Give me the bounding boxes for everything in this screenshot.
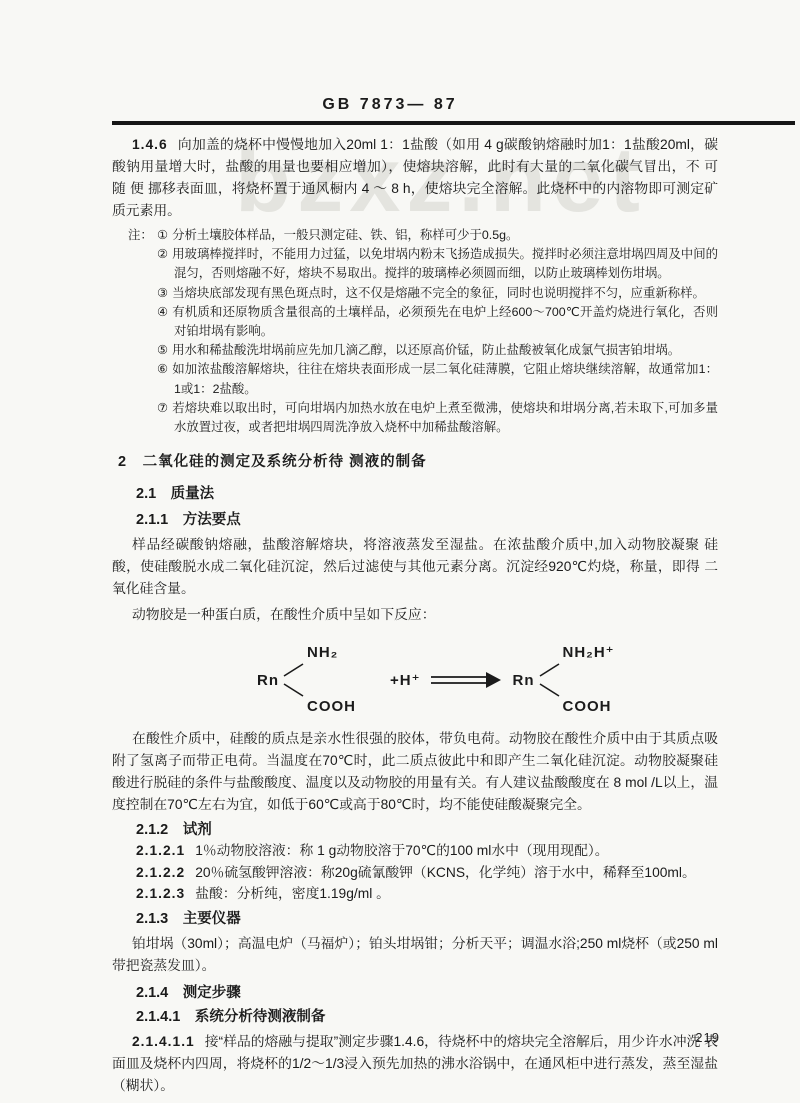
- note-item-5: ⑤用水和稀盐酸洗坩埚前应先加几滴乙醇，以还原高价锰，防止盐酸被氧化成氯气损害铂坩…: [157, 341, 718, 360]
- notes-label: 注：: [128, 226, 153, 245]
- note-number: ③: [157, 286, 168, 300]
- chemical-equation: Rn NH₂ COOH +H⁺ Rn: [255, 638, 718, 722]
- note-number: ②: [157, 247, 168, 261]
- notes-block: 注： ①分析土壤胶体样品，一般只测定硅、铁、铝，称样可少于0.5g。 ②用玻璃棒…: [112, 226, 718, 437]
- bond-lines-left-icon: [281, 656, 307, 704]
- page-number: 219: [695, 1030, 720, 1045]
- gelatin-intro-paragraph: 动物胶是一种蛋白质，在酸性介质中呈如下反应：: [112, 604, 718, 626]
- reagent-2: 2.1.2.220％硫氢酸钾溶液：称20g硫氰酸钾（KCNS，化学纯）溶于水中，…: [112, 862, 718, 884]
- clause-number: 2.1.4.1.1: [132, 1034, 195, 1049]
- note-item-7: ⑦若熔块难以取出时，可向坩埚内加热水放在电炉上煮至微沸，使熔块和坩埚分离,若未取…: [157, 399, 718, 437]
- section-2-1-4-1-heading: 2.1.4.1 系统分析待测液制备: [136, 1007, 718, 1027]
- reagent-text: 20％硫氢酸钾溶液：称20g硫氰酸钾（KCNS，化学纯）溶于水中，稀释至100m…: [195, 865, 696, 880]
- equation-cooh-right: COOH: [563, 699, 615, 715]
- section-2-1-1-heading: 2.1.1 方法要点: [136, 510, 718, 530]
- note-number: ⑦: [157, 401, 168, 415]
- equation-left-groups: NH₂ COOH: [307, 641, 356, 719]
- note-number: ⑤: [157, 343, 168, 357]
- note-item-6: ⑥如加浓盐酸溶解熔块，往往在熔块表面形成一层二氧化硅薄膜，它阻止熔块继续溶解，故…: [157, 360, 718, 398]
- mechanism-paragraph: 在酸性介质中，硅酸的质点是亲水性很强的胶体，带负电荷。动物胶在酸性介质中由于其质…: [112, 728, 718, 816]
- section-2-1-heading: 2.1 质量法: [136, 484, 718, 504]
- note-text: 若熔块难以取出时，可向坩埚内加热水放在电炉上煮至微沸，使熔块和坩埚分离,若未取下…: [172, 401, 718, 434]
- section-2-1-2-heading: 2.1.2 试剂: [136, 820, 718, 840]
- equation-right-groups: NH₂H⁺ COOH: [563, 641, 615, 719]
- equation-cooh-left: COOH: [307, 699, 356, 715]
- note-number: ①: [157, 228, 168, 242]
- note-text: 用玻璃棒搅拌时，不能用力过猛，以免坩埚内粉末飞扬造成损失。搅拌时必须注意坩埚四周…: [172, 247, 718, 280]
- equation-rn-right: Rn: [513, 672, 535, 689]
- reagent-text: 盐酸：分析纯，密度1.19g/ml 。: [195, 886, 390, 901]
- section-2-heading: 2 二氧化硅的测定及系统分析待 测液的制备: [118, 452, 718, 472]
- clause-text: 接“样品的熔融与提取”测定步骤1.4.6，待烧杯中的熔块完全溶解后，用少许水冲洗…: [112, 1034, 718, 1093]
- method-paragraph: 样品经碳酸钠熔融，盐酸溶解熔块，将溶液蒸发至湿盐。在浓盐酸介质中,加入动物胶凝聚…: [112, 534, 718, 600]
- instruments-paragraph: 铂坩埚（30ml）；高温电炉（马福炉）；铂头坩埚钳；分析天平；调温水浴;250 …: [112, 933, 718, 977]
- header-rule: [112, 121, 795, 125]
- reagent-text: 1％动物胶溶液：称 1 g动物胶溶于70℃的100 ml水中（现用现配）。: [195, 843, 608, 858]
- section-2-1-3-heading: 2.1.3 主要仪器: [136, 909, 718, 929]
- note-text: 用水和稀盐酸洗坩埚前应先加几滴乙醇，以还原高价锰，防止盐酸被氧化成氯气损害铂坩埚…: [172, 343, 680, 357]
- document-page: bzxz.net GB 7873— 87 1.4.6向加盖的烧杯中慢慢地加入20…: [0, 0, 800, 1103]
- reagent-number: 2.1.2.2: [136, 865, 185, 880]
- equilibrium-arrow-icon: [429, 671, 503, 689]
- reagent-number: 2.1.2.1: [136, 843, 185, 858]
- clause-2-1-4-1-1: 2.1.4.1.1接“样品的熔融与提取”测定步骤1.4.6，待烧杯中的熔块完全溶…: [112, 1031, 718, 1097]
- note-item-3: ③当熔块底部发现有黑色斑点时，这不仅是熔融不完全的象征，同时也说明搅拌不匀，应重…: [157, 284, 718, 303]
- clause-1-4-6: 1.4.6向加盖的烧杯中慢慢地加入20ml 1：1盐酸（如用 4 g碳酸钠熔融时…: [112, 134, 718, 222]
- note-text: 当熔块底部发现有黑色斑点时，这不仅是熔融不完全的象征，同时也说明搅拌不匀，应重新…: [172, 286, 705, 300]
- equation-plus-h: +H⁺: [390, 671, 421, 689]
- equation-rn-left: Rn: [257, 672, 279, 689]
- note-number: ④: [157, 305, 168, 319]
- reagent-1: 2.1.2.11％动物胶溶液：称 1 g动物胶溶于70℃的100 ml水中（现用…: [112, 840, 718, 862]
- note-text: 有机质和还原物质含量很高的土壤样品，必须预先在电炉上经600～700℃开盖灼烧进…: [172, 305, 718, 338]
- clause-number: 1.4.6: [132, 137, 168, 152]
- note-item-2: ②用玻璃棒搅拌时，不能用力过猛，以免坩埚内粉末飞扬造成损失。搅拌时必须注意坩埚四…: [157, 245, 718, 283]
- equation-nh2h: NH₂H⁺: [563, 645, 615, 661]
- note-number: ⑥: [157, 362, 168, 376]
- document-body: 1.4.6向加盖的烧杯中慢慢地加入20ml 1：1盐酸（如用 4 g碳酸钠熔融时…: [112, 134, 718, 1097]
- note-item-4: ④有机质和还原物质含量很高的土壤样品，必须预先在电炉上经600～700℃开盖灼烧…: [157, 303, 718, 341]
- note-text: 如加浓盐酸溶解熔块，往往在熔块表面形成一层二氧化硅薄膜，它阻止熔块继续溶解，故通…: [172, 362, 718, 395]
- reagent-3: 2.1.2.3盐酸：分析纯，密度1.19g/ml 。: [112, 883, 718, 905]
- note-item-1: ①分析土壤胶体样品，一般只测定硅、铁、铝，称样可少于0.5g。: [157, 226, 718, 245]
- reagent-number: 2.1.2.3: [136, 886, 185, 901]
- section-2-1-4-heading: 2.1.4 测定步骤: [136, 983, 718, 1003]
- standard-number-header: GB 7873— 87: [87, 0, 693, 114]
- clause-text: 向加盖的烧杯中慢慢地加入20ml 1：1盐酸（如用 4 g碳酸钠熔融时加1：1盐…: [112, 137, 718, 218]
- equation-nh2: NH₂: [307, 645, 356, 661]
- bond-lines-right-icon: [537, 656, 563, 704]
- note-text: 分析土壤胶体样品，一般只测定硅、铁、铝，称样可少于0.5g。: [172, 228, 518, 242]
